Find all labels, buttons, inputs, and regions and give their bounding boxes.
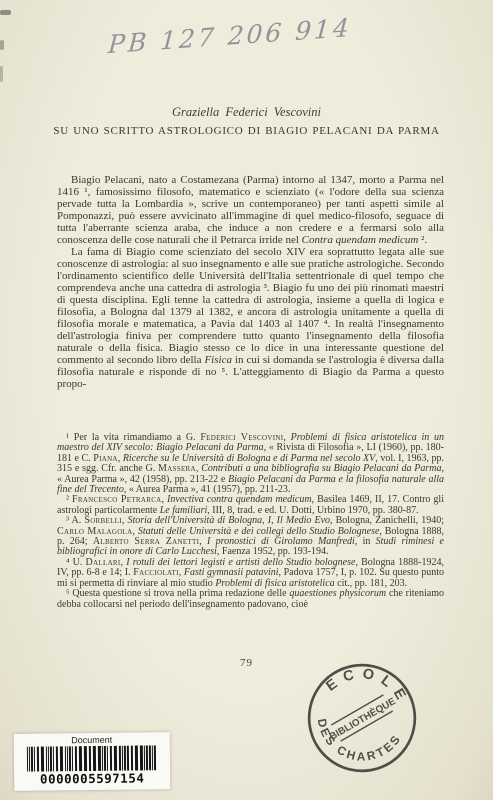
paragraph: La fama di Biagio come scienziato del se… <box>57 246 444 390</box>
footnote-4: ⁴ U. Dallari, I rotuli dei lettori legis… <box>57 558 444 589</box>
scan-artifact <box>0 10 11 15</box>
stamp-circle-icon: ECOLE DES CHARTES BIBLIOTHÈQUE <box>294 650 429 785</box>
author-line: Graziella Federici Vescovini <box>0 105 493 120</box>
barcode-label: Document <box>14 734 170 746</box>
footnotes-block: ¹ Per la vita rimandiamo a G. Federici V… <box>57 433 444 610</box>
footnote-5: ⁵ Questa questione si trova nella prima … <box>57 589 444 610</box>
footnote-2: ² Francesco Petrarca, Invectiva contra q… <box>57 495 444 516</box>
scanned-page: PB 127 206 914 Graziella Federici Vescov… <box>0 0 493 800</box>
handwritten-shelfmark: PB 127 206 914 <box>107 14 338 59</box>
library-stamp: ECOLE DES CHARTES BIBLIOTHÈQUE <box>294 650 429 785</box>
stamp-center-text: BIBLIOTHÈQUE <box>327 695 398 743</box>
footnote-3: ³ A. Sorbelli, Storia dell'Università di… <box>57 516 444 558</box>
footnote-1: ¹ Per la vita rimandiamo a G. Federici V… <box>57 433 444 495</box>
page-number: 79 <box>0 657 493 669</box>
scan-artifact <box>0 66 3 82</box>
body-text: Biagio Pelacani, nato a Costamezana (Par… <box>57 174 444 390</box>
paragraph: Biagio Pelacani, nato a Costamezana (Par… <box>57 174 444 246</box>
barcode-bars <box>24 745 160 771</box>
scan-artifact <box>0 40 4 50</box>
barcode-number: 0000005597154 <box>14 770 170 787</box>
article-title: SU UNO SCRITTO ASTROLOGICO DI BIAGIO PEL… <box>0 125 493 137</box>
barcode-sticker: Document 0000005597154 <box>14 732 171 791</box>
